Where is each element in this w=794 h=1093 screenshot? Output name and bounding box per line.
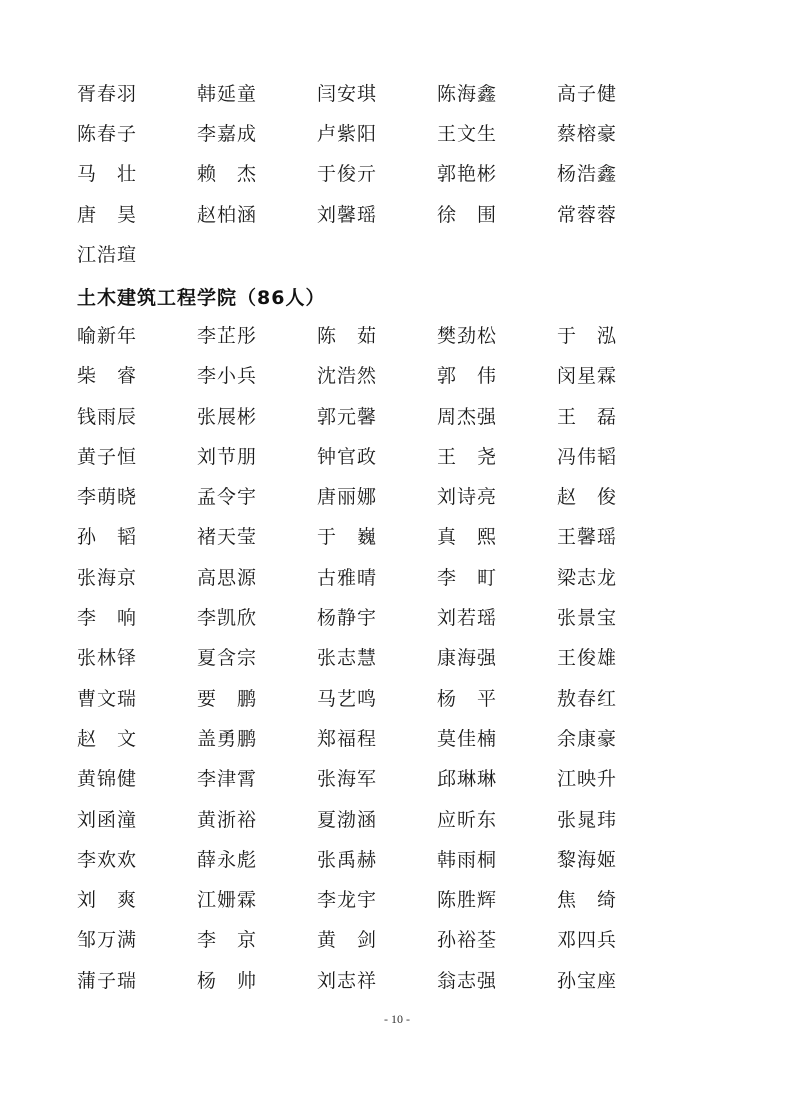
person-name: 黄 剑 xyxy=(317,931,437,950)
person-name: 于俊亓 xyxy=(317,165,437,184)
name-row: 曹文瑞要 鹏马艺鸣杨 平敖春红 xyxy=(77,679,717,719)
person-name: 陈胜辉 xyxy=(437,891,557,910)
person-name: 李 京 xyxy=(197,931,317,950)
person-name: 周杰强 xyxy=(437,408,557,427)
person-name: 孟令宇 xyxy=(197,488,317,507)
person-name: 赵 文 xyxy=(77,730,197,749)
person-name: 应昕东 xyxy=(437,811,557,830)
person-name: 郭元馨 xyxy=(317,408,437,427)
person-name: 翁志强 xyxy=(437,972,557,991)
person-name: 江姗霖 xyxy=(197,891,317,910)
person-name: 张林铎 xyxy=(77,649,197,668)
person-name: 李龙宇 xyxy=(317,891,437,910)
person-name: 卢紫阳 xyxy=(317,125,437,144)
page-number: - 10 - xyxy=(0,1012,794,1027)
person-name: 敖春红 xyxy=(557,690,677,709)
person-name: 钟官政 xyxy=(317,448,437,467)
person-name: 薛永彪 xyxy=(197,851,317,870)
person-name: 孙宝座 xyxy=(557,972,677,991)
name-row: 孙 韬褚天莹于 巍真 熙王馨瑶 xyxy=(77,518,717,558)
person-name: 要 鹏 xyxy=(197,690,317,709)
person-name: 马 壮 xyxy=(77,165,197,184)
person-name: 唐 昊 xyxy=(77,206,197,225)
person-name: 杨浩鑫 xyxy=(557,165,677,184)
person-name: 夏含宗 xyxy=(197,649,317,668)
person-name: 刘函潼 xyxy=(77,811,197,830)
name-row: 马 壮赖 杰于俊亓郭艳彬杨浩鑫 xyxy=(77,155,717,195)
person-name: 李嘉成 xyxy=(197,125,317,144)
name-list-previous-section: 胥春羽韩延童闫安琪陈海鑫高子健陈春子李嘉成卢紫阳王文生蔡榕豪马 壮赖 杰于俊亓郭… xyxy=(77,74,717,275)
person-name: 杨静宇 xyxy=(317,609,437,628)
person-name: 于 巍 xyxy=(317,528,437,547)
person-name: 郭艳彬 xyxy=(437,165,557,184)
person-name: 刘 爽 xyxy=(77,891,197,910)
person-name: 刘馨瑶 xyxy=(317,206,437,225)
person-name: 余康豪 xyxy=(557,730,677,749)
person-name: 郭 伟 xyxy=(437,367,557,386)
person-name: 陈春子 xyxy=(77,125,197,144)
person-name: 沈浩然 xyxy=(317,367,437,386)
name-row: 唐 昊赵柏涵刘馨瑶徐 围常蓉蓉 xyxy=(77,195,717,235)
person-name: 韩延童 xyxy=(197,85,317,104)
name-row: 黄锦健李津霄张海军邱琳琳江映升 xyxy=(77,760,717,800)
person-name: 唐丽娜 xyxy=(317,488,437,507)
name-row: 刘 爽江姗霖李龙宇陈胜辉焦 绮 xyxy=(77,880,717,920)
person-name: 梁志龙 xyxy=(557,569,677,588)
person-name: 古雅晴 xyxy=(317,569,437,588)
person-name: 黄锦健 xyxy=(77,770,197,789)
person-name: 孙 韬 xyxy=(77,528,197,547)
person-name: 蔡榕豪 xyxy=(557,125,677,144)
name-row: 邹万满李 京黄 剑孙裕荃邓四兵 xyxy=(77,921,717,961)
person-name: 孙裕荃 xyxy=(437,931,557,950)
person-name: 黄浙裕 xyxy=(197,811,317,830)
person-name: 赖 杰 xyxy=(197,165,317,184)
person-name: 冯伟韬 xyxy=(557,448,677,467)
person-name: 张景宝 xyxy=(557,609,677,628)
person-name: 焦 绮 xyxy=(557,891,677,910)
person-name: 张晁玮 xyxy=(557,811,677,830)
person-name: 王文生 xyxy=(437,125,557,144)
section-heading: 土木建筑工程学院（86人） xyxy=(77,276,717,316)
name-row: 张海京高思源古雅晴李 町梁志龙 xyxy=(77,558,717,598)
person-name: 张展彬 xyxy=(197,408,317,427)
person-name: 王 尧 xyxy=(437,448,557,467)
person-name: 常蓉蓉 xyxy=(557,206,677,225)
person-name: 黄子恒 xyxy=(77,448,197,467)
person-name: 刘若瑶 xyxy=(437,609,557,628)
name-row: 黄子恒刘节朋钟官政王 尧冯伟韬 xyxy=(77,437,717,477)
person-name: 夏渤涵 xyxy=(317,811,437,830)
name-row: 刘函潼黄浙裕夏渤涵应昕东张晁玮 xyxy=(77,800,717,840)
name-row: 柴 睿李小兵沈浩然郭 伟闵星霖 xyxy=(77,357,717,397)
person-name: 曹文瑞 xyxy=(77,690,197,709)
name-row: 胥春羽韩延童闫安琪陈海鑫高子健 xyxy=(77,74,717,114)
person-name: 于 泓 xyxy=(557,327,677,346)
name-row: 钱雨辰张展彬郭元馨周杰强王 磊 xyxy=(77,397,717,437)
person-name: 钱雨辰 xyxy=(77,408,197,427)
person-name: 陈海鑫 xyxy=(437,85,557,104)
person-name: 李 町 xyxy=(437,569,557,588)
person-name: 张海军 xyxy=(317,770,437,789)
person-name: 李萌晓 xyxy=(77,488,197,507)
person-name: 韩雨桐 xyxy=(437,851,557,870)
name-row: 喻新年李芷彤陈 茹樊劲松于 泓 xyxy=(77,316,717,356)
name-row: 张林铎夏含宗张志慧康海强王俊雄 xyxy=(77,639,717,679)
person-name: 邹万满 xyxy=(77,931,197,950)
person-name: 杨 帅 xyxy=(197,972,317,991)
person-name: 李欢欢 xyxy=(77,851,197,870)
person-name: 闫安琪 xyxy=(317,85,437,104)
person-name: 赵 俊 xyxy=(557,488,677,507)
person-name: 陈 茹 xyxy=(317,327,437,346)
person-name: 莫佳楠 xyxy=(437,730,557,749)
person-name: 张志慧 xyxy=(317,649,437,668)
person-name: 康海强 xyxy=(437,649,557,668)
person-name: 马艺鸣 xyxy=(317,690,437,709)
person-name: 真 熙 xyxy=(437,528,557,547)
person-name: 张海京 xyxy=(77,569,197,588)
person-name: 胥春羽 xyxy=(77,85,197,104)
name-row: 江浩瑄 xyxy=(77,235,717,275)
person-name: 高思源 xyxy=(197,569,317,588)
person-name: 蒲子瑞 xyxy=(77,972,197,991)
name-list-civil-engineering: 土木建筑工程学院（86人） 喻新年李芷彤陈 茹樊劲松于 泓柴 睿李小兵沈浩然郭 … xyxy=(77,276,717,1001)
person-name: 王馨瑶 xyxy=(557,528,677,547)
name-row: 蒲子瑞杨 帅刘志祥翁志强孙宝座 xyxy=(77,961,717,1001)
person-name: 李凯欣 xyxy=(197,609,317,628)
person-name: 王 磊 xyxy=(557,408,677,427)
person-name: 邱琳琳 xyxy=(437,770,557,789)
name-row: 李 响李凯欣杨静宇刘若瑶张景宝 xyxy=(77,598,717,638)
person-name: 刘诗亮 xyxy=(437,488,557,507)
person-name: 邓四兵 xyxy=(557,931,677,950)
person-name: 江映升 xyxy=(557,770,677,789)
person-name: 杨 平 xyxy=(437,690,557,709)
person-name: 褚天莹 xyxy=(197,528,317,547)
person-name: 柴 睿 xyxy=(77,367,197,386)
person-name: 樊劲松 xyxy=(437,327,557,346)
name-row: 李萌晓孟令宇唐丽娜刘诗亮赵 俊 xyxy=(77,477,717,517)
person-name: 盖勇鹏 xyxy=(197,730,317,749)
person-name: 江浩瑄 xyxy=(77,246,197,265)
person-name: 李 响 xyxy=(77,609,197,628)
person-name: 刘志祥 xyxy=(317,972,437,991)
person-name: 张禹赫 xyxy=(317,851,437,870)
person-name: 李津霄 xyxy=(197,770,317,789)
name-row: 赵 文盖勇鹏郑福程莫佳楠余康豪 xyxy=(77,719,717,759)
person-name: 徐 围 xyxy=(437,206,557,225)
person-name: 黎海姬 xyxy=(557,851,677,870)
person-name: 刘节朋 xyxy=(197,448,317,467)
person-name: 高子健 xyxy=(557,85,677,104)
person-name: 郑福程 xyxy=(317,730,437,749)
name-row: 李欢欢薛永彪张禹赫韩雨桐黎海姬 xyxy=(77,840,717,880)
person-name: 王俊雄 xyxy=(557,649,677,668)
person-name: 李小兵 xyxy=(197,367,317,386)
person-name: 李芷彤 xyxy=(197,327,317,346)
person-name: 闵星霖 xyxy=(557,367,677,386)
person-name: 喻新年 xyxy=(77,327,197,346)
person-name: 赵柏涵 xyxy=(197,206,317,225)
name-row: 陈春子李嘉成卢紫阳王文生蔡榕豪 xyxy=(77,114,717,154)
